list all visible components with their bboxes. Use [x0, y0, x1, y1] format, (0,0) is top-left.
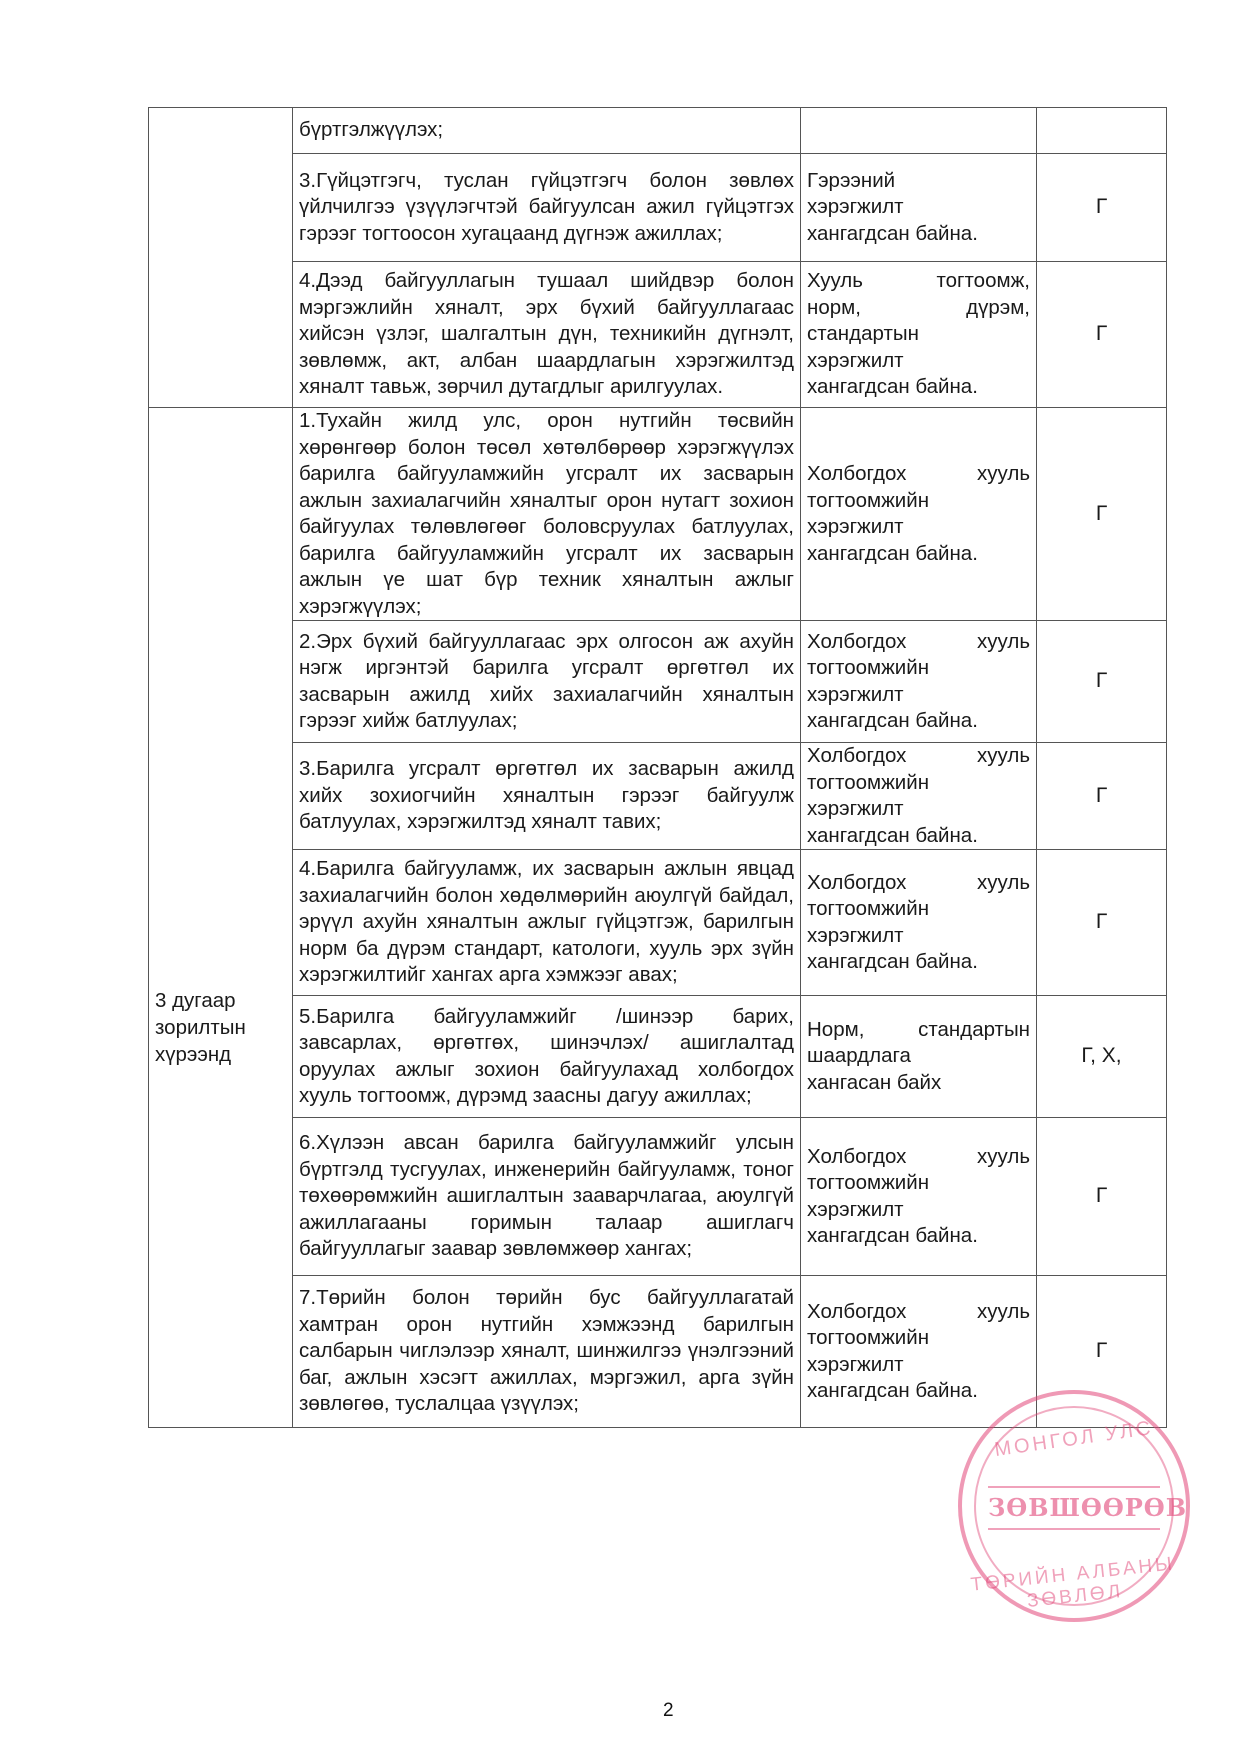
stamp-center-text: ЗӨВШӨӨРӨВ	[988, 1486, 1160, 1530]
requirement-line: хэрэгжилт	[807, 1352, 1030, 1379]
grade-cell: Г	[1037, 743, 1167, 850]
stamp-bottom-text: ТӨРИЙН АЛБАНЫ ЗӨВЛӨЛ	[960, 1552, 1187, 1619]
task-cell: бүртгэлжүүлэх;	[293, 108, 801, 154]
requirement-line: тогтоомжийн	[807, 655, 1030, 682]
requirement-line: хэрэгжилт	[807, 194, 1030, 221]
requirement-cell: Хууль тогтоомж,норм, дүрэм,стандартынхэр…	[801, 262, 1037, 408]
requirement-line: Хууль тогтоомж,	[807, 268, 1030, 295]
grade-cell: Г, Х,	[1037, 996, 1167, 1118]
requirement-line: тогтоомжийн	[807, 896, 1030, 923]
grade-cell: Г	[1037, 154, 1167, 262]
requirement-line: хэрэгжилт	[807, 348, 1030, 375]
task-cell: 3.Гүйцэтгэгч, туслан гүйцэтгэгч болон зө…	[293, 154, 801, 262]
task-cell: 4.Дээд байгууллагын тушаал шийдвэр болон…	[293, 262, 801, 408]
grade-cell: Г	[1037, 621, 1167, 743]
task-cell: 3.Барилга угсралт өргөтгөл их засварын а…	[293, 743, 801, 850]
requirement-line: хангагдсан байна.	[807, 823, 1030, 850]
task-cell: 6.Хүлээн авсан барилга байгууламжийг улс…	[293, 1118, 801, 1276]
requirement-line: шаардлага	[807, 1043, 1030, 1070]
task-cell: 4.Барилга байгууламж, их засварын ажлын …	[293, 850, 801, 996]
page-number: 2	[663, 1700, 674, 1722]
requirement-cell: Норм, стандартыншаардлагахангасан байх	[801, 996, 1037, 1118]
requirement-cell: Холбогдох хуультогтоомжийнхэрэгжилтханга…	[801, 1276, 1037, 1428]
requirement-line: хангагдсан байна.	[807, 1223, 1030, 1250]
task-cell: 5.Барилга байгууламжийг /шинээр барих, з…	[293, 996, 801, 1118]
requirement-line: Холбогдох хууль	[807, 1144, 1030, 1171]
table-row: бүртгэлжүүлэх;	[149, 108, 1167, 154]
table-row: 6.Хүлээн авсан барилга байгууламжийг улс…	[149, 1118, 1167, 1276]
table-row: 3 дугаарзорилтынхүрээнд1.Тухайн жилд улс…	[149, 408, 1167, 621]
requirement-line: тогтоомжийн	[807, 770, 1030, 797]
requirement-line: хэрэгжилт	[807, 682, 1030, 709]
section-label-line: хүрээнд	[155, 1041, 286, 1068]
section-label-line: 3 дугаар	[155, 987, 286, 1014]
grade-cell: Г	[1037, 850, 1167, 996]
grade-cell: Г	[1037, 408, 1167, 621]
requirement-line: Гэрээний	[807, 168, 1030, 195]
requirement-line: Холбогдох хууль	[807, 1299, 1030, 1326]
table-row: 4.Дээд байгууллагын тушаал шийдвэр болон…	[149, 262, 1167, 408]
table-row: 3.Гүйцэтгэгч, туслан гүйцэтгэгч болон зө…	[149, 154, 1167, 262]
table-row: 2.Эрх бүхий байгууллагаас эрх олгосон аж…	[149, 621, 1167, 743]
requirement-line: хангагдсан байна.	[807, 1378, 1030, 1405]
requirement-cell: Холбогдох хуультогтоомжийнхэрэгжилтханга…	[801, 743, 1037, 850]
task-cell: 2.Эрх бүхий байгууллагаас эрх олгосон аж…	[293, 621, 801, 743]
requirement-line: Норм, стандартын	[807, 1017, 1030, 1044]
table-row: 4.Барилга байгууламж, их засварын ажлын …	[149, 850, 1167, 996]
requirement-line: хангасан байх	[807, 1070, 1030, 1097]
requirement-cell: Холбогдох хуультогтоомжийнхэрэгжилтханга…	[801, 408, 1037, 621]
table-row: 7.Төрийн болон төрийн бус байгууллагатай…	[149, 1276, 1167, 1428]
requirement-cell: Холбогдох хуультогтоомжийнхэрэгжилтханга…	[801, 621, 1037, 743]
task-cell: 1.Тухайн жилд улс, орон нутгийн төсвийн …	[293, 408, 801, 621]
requirement-line: хэрэгжилт	[807, 1197, 1030, 1224]
requirement-line: хангагдсан байна.	[807, 221, 1030, 248]
evaluation-table: бүртгэлжүүлэх;3.Гүйцэтгэгч, туслан гүйцэ…	[148, 107, 1167, 1428]
requirement-line: Холбогдох хууль	[807, 629, 1030, 656]
requirement-line: хангагдсан байна.	[807, 541, 1030, 568]
requirement-line: тогтоомжийн	[807, 488, 1030, 515]
section-label-line: зорилтын	[155, 1014, 286, 1041]
section-label-cell	[149, 108, 293, 408]
grade-cell: Г	[1037, 1118, 1167, 1276]
requirement-cell: Холбогдох хуультогтоомжийнхэрэгжилтханга…	[801, 850, 1037, 996]
grade-cell: Г	[1037, 262, 1167, 408]
requirement-line: Холбогдох хууль	[807, 461, 1030, 488]
requirement-line: тогтоомжийн	[807, 1325, 1030, 1352]
requirement-cell: Гэрээнийхэрэгжилтхангагдсан байна.	[801, 154, 1037, 262]
requirement-line: стандартын	[807, 321, 1030, 348]
table-row: 3.Барилга угсралт өргөтгөл их засварын а…	[149, 743, 1167, 850]
requirement-line: хэрэгжилт	[807, 796, 1030, 823]
requirement-line: Холбогдох хууль	[807, 743, 1030, 770]
requirement-line: хангагдсан байна.	[807, 708, 1030, 735]
requirement-line: тогтоомжийн	[807, 1170, 1030, 1197]
document-page: бүртгэлжүүлэх;3.Гүйцэтгэгч, туслан гүйцэ…	[0, 0, 1240, 1753]
requirement-line: хэрэгжилт	[807, 514, 1030, 541]
grade-cell	[1037, 108, 1167, 154]
requirement-line: хэрэгжилт	[807, 923, 1030, 950]
requirement-cell	[801, 108, 1037, 154]
requirement-line: Холбогдох хууль	[807, 870, 1030, 897]
task-cell: 7.Төрийн болон төрийн бус байгууллагатай…	[293, 1276, 801, 1428]
requirement-line: норм, дүрэм,	[807, 295, 1030, 322]
requirement-cell: Холбогдох хуультогтоомжийнхэрэгжилтханга…	[801, 1118, 1037, 1276]
requirement-line: хангагдсан байна.	[807, 374, 1030, 401]
section-label-cell: 3 дугаарзорилтынхүрээнд	[149, 408, 293, 1428]
grade-cell: Г	[1037, 1276, 1167, 1428]
table-row: 5.Барилга байгууламжийг /шинээр барих, з…	[149, 996, 1167, 1118]
requirement-line: хангагдсан байна.	[807, 949, 1030, 976]
